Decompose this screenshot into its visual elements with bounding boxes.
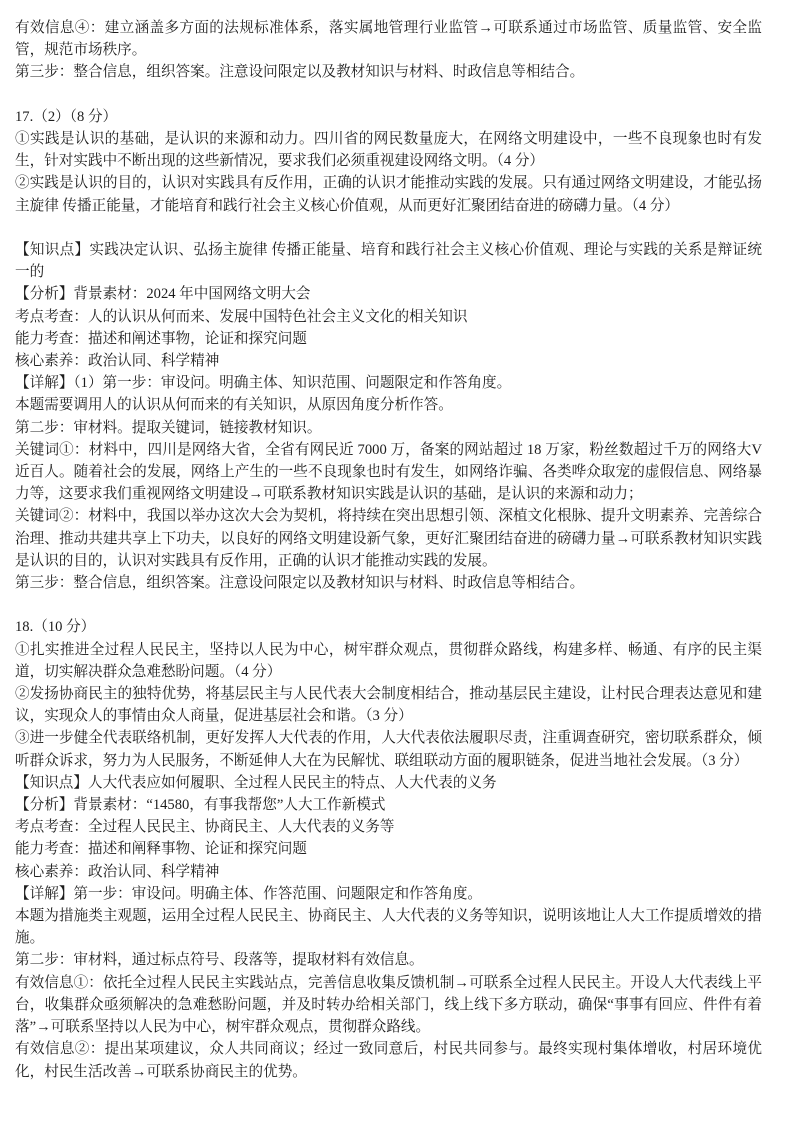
q18-knowledge-points: 【知识点】人大代表应如何履职、全过程人民民主的特点、人大代表的义务 xyxy=(15,772,762,794)
q18-answer-3: ③进一步健全代表联络机制，更好发挥人大代表的作用，人大代表依法履职尽责，注重调查… xyxy=(15,727,762,771)
q17-exam-focus: 考点考查：人的认识从何而来、发展中国特色社会主义文化的相关知识 xyxy=(15,306,762,328)
q18-core-literacy: 核心素养：政治认同、科学精神 xyxy=(15,861,762,883)
q17-step-2: 第二步：审材料。提取关键词，链接教材知识。 xyxy=(15,417,762,439)
q18-info-1: 有效信息①：依托全过程人民民主实践站点，完善信息收集反馈机制→可联系全过程人民民… xyxy=(15,972,762,1039)
q18-detail-step-1: 【详解】第一步：审设问。明确主体、作答范围、问题限定和作答角度。 xyxy=(15,883,762,905)
q18-step-1-note: 本题为措施类主观题，运用全过程人民民主、协商民主、人大代表的义务等知识，说明该地… xyxy=(15,905,762,949)
q18-answer-2: ②发扬协商民主的独特优势，将基层民主与人民代表大会制度相结合，推动基层民主建设，… xyxy=(15,683,762,727)
q17-answer-1: ①实践是认识的基础，是认识的来源和动力。四川省的网民数量庞大，在网络文明建设中，… xyxy=(15,128,762,172)
q18-info-2: 有效信息②：提出某项建议，众人共同商议；经过一致同意后，村民共同参与。最终实现村… xyxy=(15,1038,762,1082)
q18-answer-1: ①扎实推进全过程人民民主，坚持以人民为中心，树牢群众观点，贯彻群众路线，构建多样… xyxy=(15,639,762,683)
document-page: 有效信息④：建立涵盖多方面的法规标准体系，落实属地管理行业监管→可联系通过市场监… xyxy=(0,0,800,1139)
q18-exam-focus: 考点考查：全过程人民民主、协商民主、人大代表的义务等 xyxy=(15,816,762,838)
q18-ability: 能力考查：描述和阐释事物、论证和探究问题 xyxy=(15,838,762,860)
q17-step-3: 第三步：整合信息，组织答案。注意设问限定以及教材知识与材料、时政信息等相结合。 xyxy=(15,572,762,594)
q18-heading: 18.（10 分） xyxy=(15,616,762,638)
q17-core-literacy: 核心素养：政治认同、科学精神 xyxy=(15,350,762,372)
q17-keyword-1: 关键词①：材料中，四川是网络大省，全省有网民近 7000 万，备案的网站超过 1… xyxy=(15,439,762,506)
q17-ability: 能力考查：描述和阐述事物，论证和探究问题 xyxy=(15,328,762,350)
q17-step-1-note: 本题需要调用人的认识从何而来的有关知识，从原因角度分析作答。 xyxy=(15,394,762,416)
q17-answer-2: ②实践是认识的目的，认识对实践具有反作用，正确的认识才能推动实践的发展。只有通过… xyxy=(15,172,762,216)
q17-analysis-background: 【分析】背景素材：2024 年中国网络文明大会 xyxy=(15,283,762,305)
q17-knowledge-points: 【知识点】实践决定认识、弘扬主旋律 传播正能量、培育和践行社会主义核心价值观、理… xyxy=(15,239,762,283)
q17-heading: 17.（2）（8 分） xyxy=(15,106,762,128)
q16-step-3: 第三步：整合信息，组织答案。注意设问限定以及教材知识与材料、时政信息等相结合。 xyxy=(15,61,762,83)
q18-step-2: 第二步：审材料，通过标点符号、段落等，提取材料有效信息。 xyxy=(15,949,762,971)
q18-analysis-background: 【分析】背景素材：“14580，有事我帮您”人大工作新模式 xyxy=(15,794,762,816)
q17-detail-step-1: 【详解】（1）第一步：审设问。明确主体、知识范围、问题限定和作答角度。 xyxy=(15,372,762,394)
q16-info-4: 有效信息④：建立涵盖多方面的法规标准体系，落实属地管理行业监管→可联系通过市场监… xyxy=(15,17,762,61)
q17-keyword-2: 关键词②：材料中，我国以举办这次大会为契机，将持续在突出思想引领、深植文化根脉、… xyxy=(15,505,762,572)
